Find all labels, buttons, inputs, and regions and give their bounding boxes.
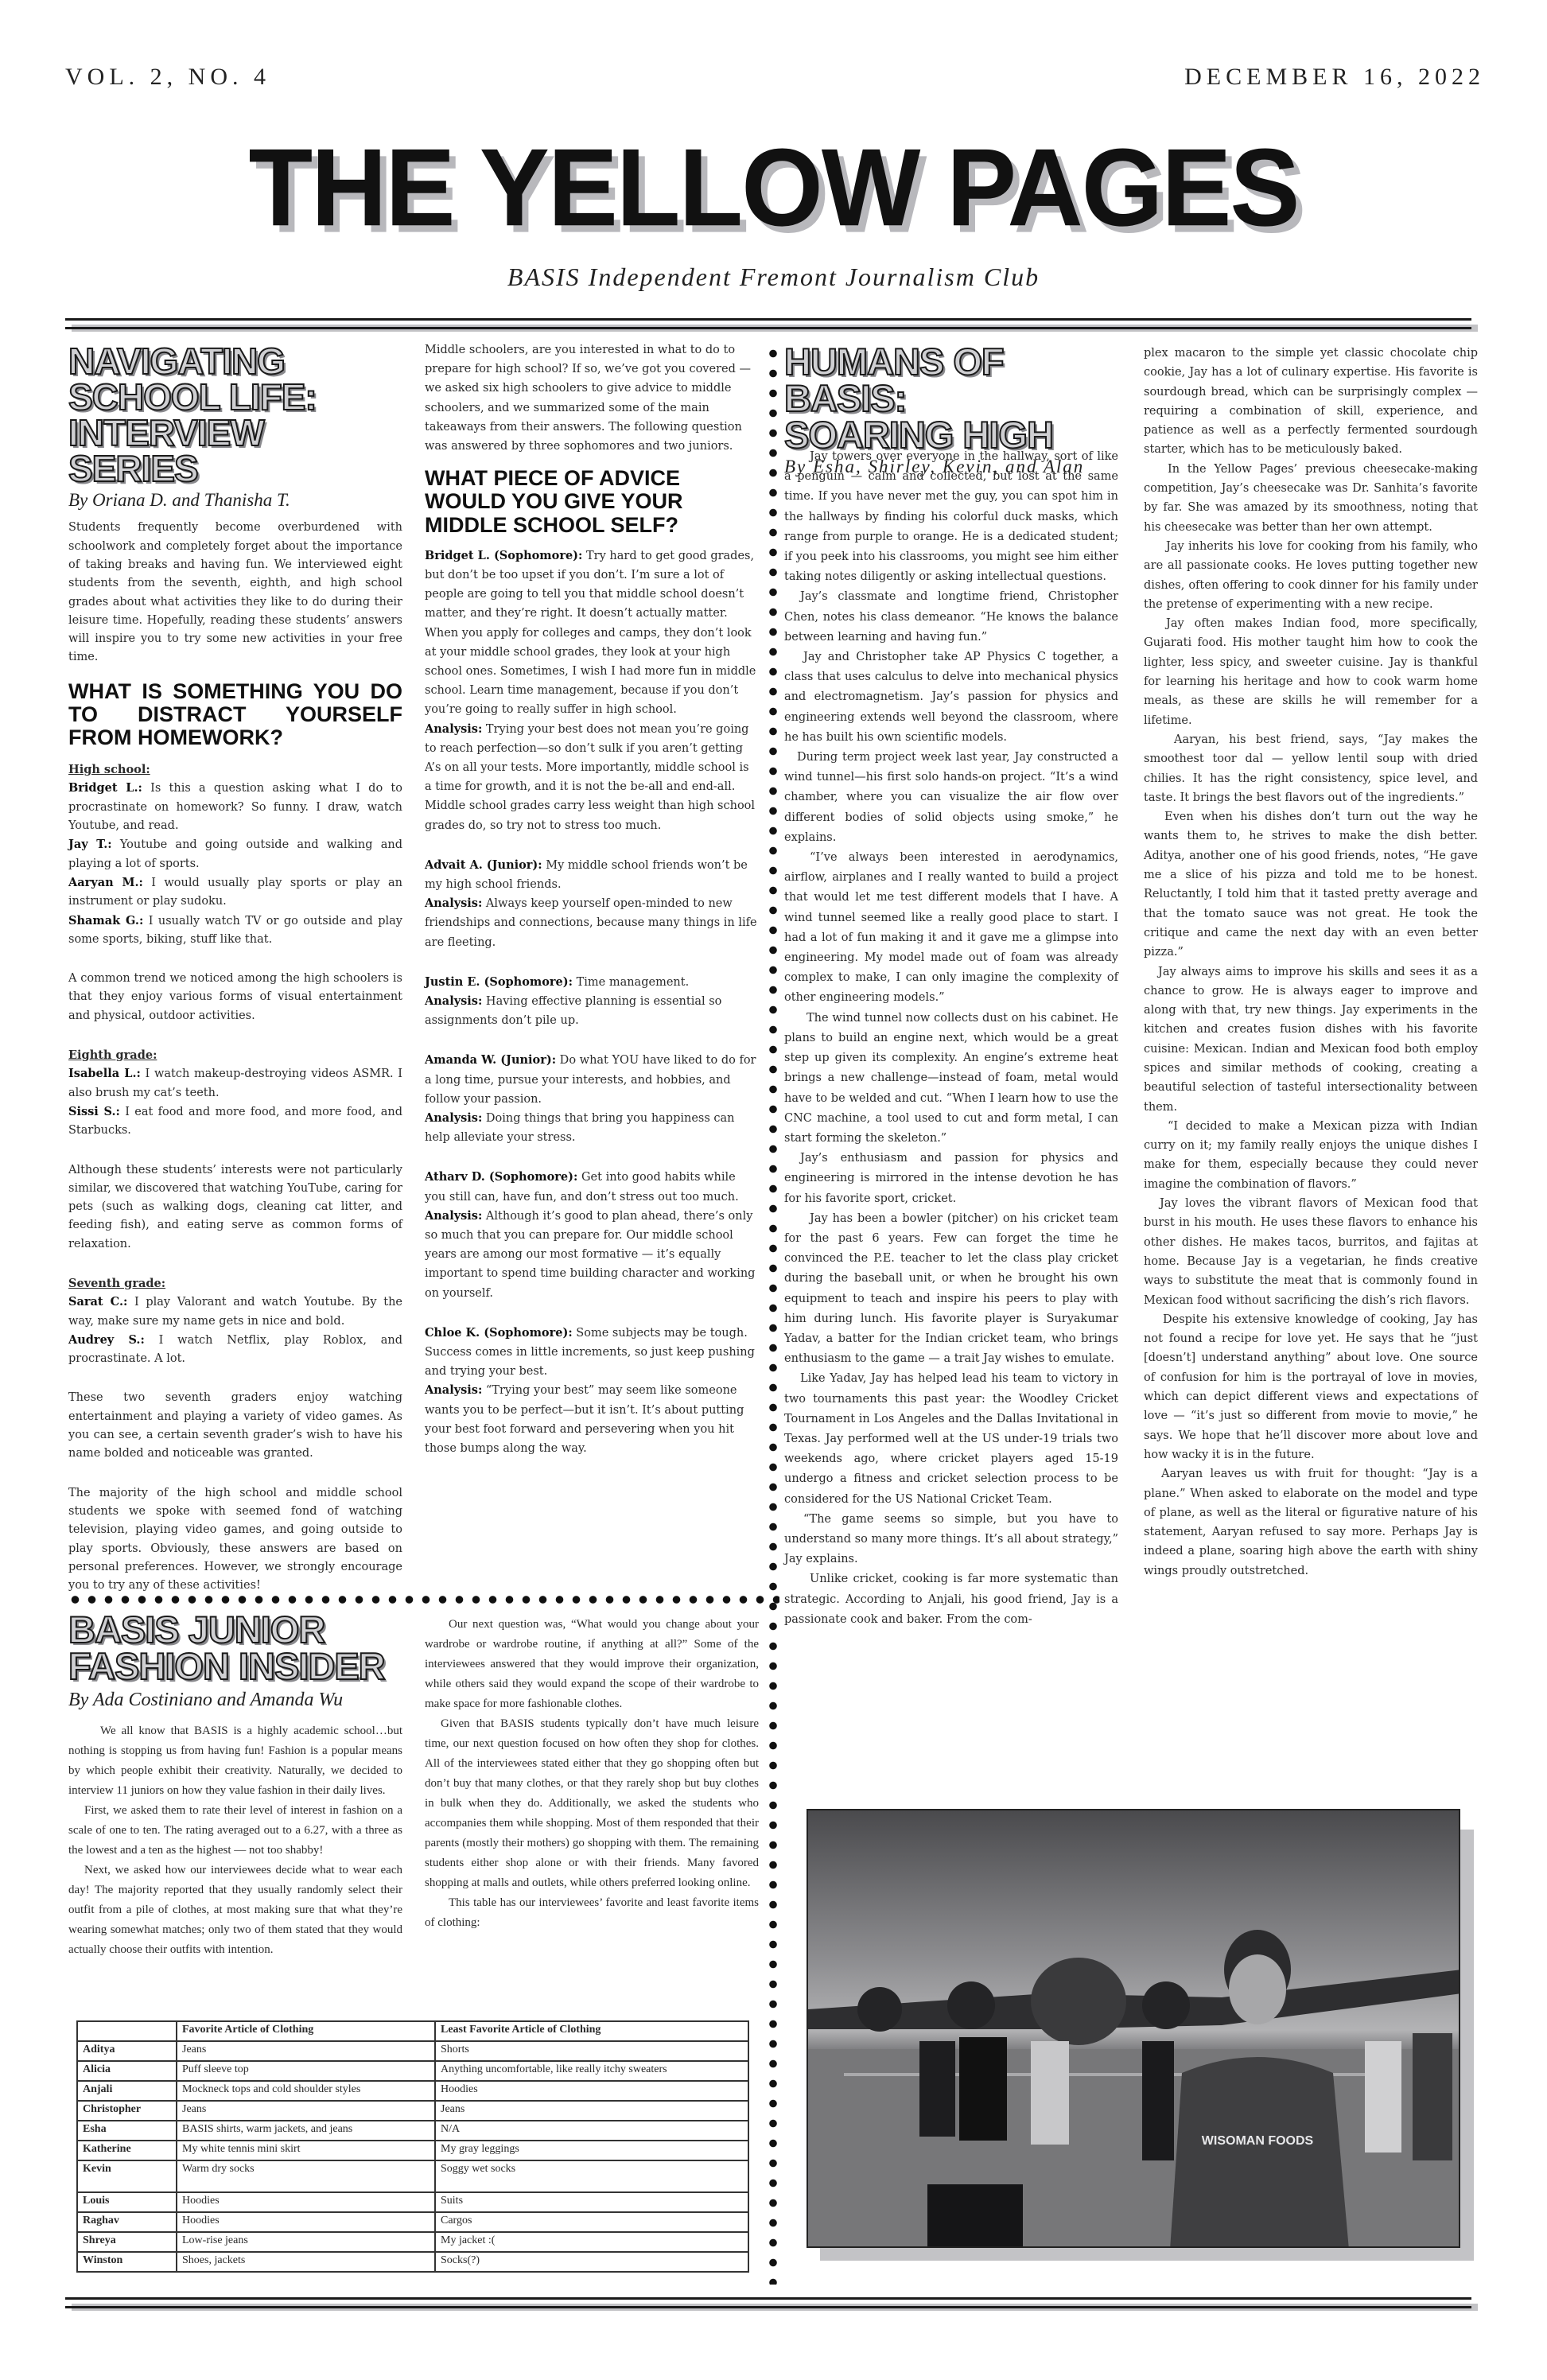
summary: These two seventh graders enjoy watching…: [68, 1389, 402, 1463]
question-heading: WHAT PIECE OF ADVICE WOULD YOU GIVE YOUR…: [425, 467, 759, 536]
student-name: Christopher: [77, 2101, 177, 2121]
fashion-body-right: Our next question was, “What would you c…: [425, 1615, 759, 1933]
advice-entry: Amanda W. (Junior): Do what YOU have lik…: [425, 1051, 759, 1109]
headline-line: NAVIGATING: [68, 344, 402, 379]
question-heading: WHAT IS SOMETHING YOU DO TO DISTRACT YOU…: [68, 680, 402, 749]
paragraph: Our next question was, “What would you c…: [425, 1615, 759, 1714]
paragraph: Jay towers over everyone in the hallway,…: [784, 447, 1118, 587]
paragraph: Like Yadav, Jay has helped lead his team…: [784, 1369, 1118, 1509]
least-favorite-item: Shorts: [435, 2041, 748, 2061]
issue-date: DECEMBER 16, 2022: [1184, 64, 1485, 91]
bottom-rule: [65, 2297, 1471, 2300]
dotted-divider-horizontal: [67, 1595, 779, 1604]
answer-text: Youtube and going outside and walking an…: [68, 838, 402, 869]
analysis-text: Trying your best does not mean you’re go…: [425, 723, 755, 832]
analysis: Analysis: Doing things that bring you ha…: [425, 1109, 759, 1147]
speaker-name: Atharv D. (Sophomore):: [425, 1170, 577, 1184]
jay-airshow-photo: WISOMAN FOODS: [807, 1809, 1460, 2248]
headline-line: SCHOOL LIFE:: [68, 379, 402, 415]
answer: Jay T.: Youtube and going outside and wa…: [68, 835, 402, 873]
answer: Sissi S.: I eat food and more food, and …: [68, 1102, 402, 1141]
analysis: Analysis: Having effective planning is e…: [425, 992, 759, 1030]
least-favorite-item: Cargos: [435, 2212, 748, 2232]
table-header-row: Favorite Article of Clothing Least Favor…: [77, 2021, 748, 2041]
paragraph: This table has our interviewees’ favorit…: [425, 1893, 759, 1933]
summary: Although these students’ interests were …: [68, 1161, 402, 1254]
paragraph: “The game seems so simple, but you have …: [784, 1510, 1118, 1570]
table-row: AnjaliMockneck tops and cold shoulder st…: [77, 2081, 748, 2101]
student-name: Anjali: [77, 2081, 177, 2101]
speaker-name: Sissi S.:: [68, 1105, 120, 1118]
summary: A common trend we noticed among the high…: [68, 970, 402, 1025]
article-junior-fashion-insider: BASIS JUNIOR FASHION INSIDER By Ada Cost…: [68, 1612, 760, 1711]
newspaper-title: THE YELLOW PAGES: [0, 124, 1547, 251]
headline-line: HUMANS OF BASIS:: [784, 344, 1118, 417]
paragraph: During term project week last year, Jay …: [784, 748, 1118, 848]
table-row: ShreyaLow-rise jeansMy jacket :(: [77, 2232, 748, 2252]
favorite-item: Mockneck tops and cold shoulder styles: [177, 2081, 435, 2101]
top-rule: [65, 318, 1471, 321]
paragraph: We all know that BASIS is a highly acade…: [68, 1721, 402, 1801]
answer: Isabella L.: I watch makeup-destroying v…: [68, 1064, 402, 1102]
analysis: Analysis: “Trying your best” may seem li…: [425, 1381, 759, 1458]
student-name: Shreya: [77, 2232, 177, 2252]
paragraph: Aaryan leaves us with fruit for thought:…: [1144, 1464, 1478, 1581]
least-favorite-item: My gray leggings: [435, 2141, 748, 2160]
table-header: Favorite Article of Clothing: [177, 2021, 435, 2041]
table-row: EshaBASIS shirts, warm jackets, and jean…: [77, 2121, 748, 2141]
answer: Aaryan M.: I would usually play sports o…: [68, 873, 402, 912]
table-row: KevinWarm dry socksSoggy wet socks: [77, 2160, 748, 2192]
least-favorite-item: Suits: [435, 2192, 748, 2212]
analysis-label: Analysis:: [425, 722, 482, 736]
analysis-label: Analysis:: [425, 1383, 482, 1397]
section-label-eighth-grade: Eighth grade:: [68, 1046, 402, 1064]
favorite-item: Hoodies: [177, 2192, 435, 2212]
table-row: LouisHoodiesSuits: [77, 2192, 748, 2212]
answer-text: Try hard to get good grades, but don’t b…: [425, 550, 756, 717]
paragraph: Jay’s classmate and longtime friend, Chr…: [784, 587, 1118, 647]
student-name: Esha: [77, 2121, 177, 2141]
analysis: Analysis: Although it’s good to plan ahe…: [425, 1207, 759, 1303]
table-row: AdityaJeansShorts: [77, 2041, 748, 2061]
table-header: [77, 2021, 177, 2041]
table-row: KatherineMy white tennis mini skirtMy gr…: [77, 2141, 748, 2160]
analysis-label: Analysis:: [425, 896, 482, 910]
advice-entry: Justin E. (Sophomore): Time management.: [425, 973, 759, 992]
advice-entry: Advait A. (Junior): My middle school fri…: [425, 856, 759, 894]
analysis-label: Analysis:: [425, 1209, 482, 1223]
least-favorite-item: Jeans: [435, 2101, 748, 2121]
headline-line: INTERVIEW SERIES: [68, 415, 402, 487]
analysis-label: Analysis:: [425, 994, 482, 1008]
article-navigating-school-life: NAVIGATING SCHOOL LIFE: INTERVIEW SERIES…: [68, 344, 402, 1595]
article-headline: BASIS JUNIOR FASHION INSIDER: [68, 1612, 402, 1685]
least-favorite-item: My jacket :(: [435, 2232, 748, 2252]
speaker-name: Aaryan M.:: [68, 876, 143, 889]
answer: Audrey S.: I watch Netflix, play Roblox,…: [68, 1331, 402, 1369]
humans-body-col1: Jay towers over everyone in the hallway,…: [784, 447, 1118, 1630]
fashion-body-left: We all know that BASIS is a highly acade…: [68, 1721, 402, 1960]
paragraph: Jay always aims to improve his skills an…: [1144, 962, 1478, 1117]
speaker-name: Isabella L.:: [68, 1067, 141, 1080]
paragraph: Despite his extensive knowledge of cooki…: [1144, 1310, 1478, 1464]
speaker-name: Shamak G.:: [68, 914, 143, 927]
paragraph: “I decided to make a Mexican pizza with …: [1144, 1117, 1478, 1194]
student-name: Katherine: [77, 2141, 177, 2160]
table-header: Least Favorite Article of Clothing: [435, 2021, 748, 2041]
answer: Bridget L.: Is this a question asking wh…: [68, 779, 402, 835]
favorite-item: Low-rise jeans: [177, 2232, 435, 2252]
analysis-text: Although it’s good to plan ahead, there’…: [425, 1210, 755, 1300]
least-favorite-item: Anything uncomfortable, like really itch…: [435, 2061, 748, 2081]
table-row: WinstonShoes, jacketsSocks(?): [77, 2252, 748, 2272]
least-favorite-item: Hoodies: [435, 2081, 748, 2101]
paragraph: Even when his dishes don’t turn out the …: [1144, 807, 1478, 962]
paragraph: The wind tunnel now collects dust on his…: [784, 1009, 1118, 1149]
paragraph: Jay’s enthusiasm and passion for physics…: [784, 1149, 1118, 1209]
table-row: AliciaPuff sleeve topAnything uncomforta…: [77, 2061, 748, 2081]
shirt-text: WISOMAN FOODS: [1202, 2134, 1314, 2148]
table-row: ChristopherJeansJeans: [77, 2101, 748, 2121]
student-name: Winston: [77, 2252, 177, 2272]
favorite-item: Shoes, jackets: [177, 2252, 435, 2272]
intro-paragraph: Students frequently become overburdened …: [68, 519, 402, 667]
paragraph: Jay often makes Indian food, more specif…: [1144, 614, 1478, 730]
clothing-favorites-table: Favorite Article of Clothing Least Favor…: [76, 2020, 749, 2273]
paragraph: In the Yellow Pages’ previous cheesecake…: [1144, 460, 1478, 537]
table-row: RaghavHoodiesCargos: [77, 2212, 748, 2232]
conclusion: The majority of the high school and midd…: [68, 1484, 402, 1596]
headline-line: FASHION INSIDER: [68, 1648, 402, 1685]
byline: By Oriana D. and Thanisha T.: [68, 490, 402, 511]
paragraph: Jay inherits his love for cooking from h…: [1144, 537, 1478, 614]
student-name: Alicia: [77, 2061, 177, 2081]
volume-number: VOL. 2, NO. 4: [65, 64, 270, 91]
top-rule-lower: [65, 327, 1471, 329]
humans-body-col2: plex macaron to the simple yet classic c…: [1144, 344, 1478, 1581]
speaker-name: Sarat C.:: [68, 1295, 127, 1309]
dotted-divider-vertical: [768, 344, 778, 2285]
favorite-item: Jeans: [177, 2041, 435, 2061]
analysis-label: Analysis:: [425, 1111, 482, 1125]
student-name: Louis: [77, 2192, 177, 2212]
byline: By Ada Costiniano and Amanda Wu: [68, 1690, 402, 1711]
section-label-seventh-grade: Seventh grade:: [68, 1274, 402, 1293]
speaker-name: Bridget L. (Sophomore):: [425, 549, 582, 562]
speaker-name: Jay T.:: [68, 838, 112, 851]
article-middle-school-advice: Middle schoolers, are you interested in …: [425, 340, 759, 1458]
speaker-name: Audrey S.:: [68, 1333, 145, 1347]
paragraph: Jay loves the vibrant flavors of Mexican…: [1144, 1194, 1478, 1310]
favorite-item: BASIS shirts, warm jackets, and jeans: [177, 2121, 435, 2141]
speaker-name: Justin E. (Sophomore):: [425, 975, 573, 989]
article-body: Middle schoolers, are you interested in …: [425, 340, 759, 1458]
section-label-high-school: High school:: [68, 760, 402, 779]
newspaper-subtitle: BASIS Independent Fremont Journalism Clu…: [0, 262, 1547, 292]
favorite-item: Jeans: [177, 2101, 435, 2121]
article-headline: HUMANS OF BASIS: SOARING HIGH: [784, 344, 1118, 453]
article-body: Students frequently become overburdened …: [68, 519, 402, 1595]
article-humans-of-basis: HUMANS OF BASIS: SOARING HIGH By Esha, S…: [784, 344, 1484, 477]
favorite-item: Puff sleeve top: [177, 2061, 435, 2081]
speaker-name: Bridget L.:: [68, 781, 142, 795]
student-name: Raghav: [77, 2212, 177, 2232]
analysis: Analysis: Always keep yourself open-mind…: [425, 894, 759, 952]
analysis: Analysis: Trying your best does not mean…: [425, 720, 759, 835]
bottom-rule-lower: [65, 2306, 1471, 2308]
answer: Shamak G.: I usually watch TV or go outs…: [68, 912, 402, 950]
speaker-name: Chloe K. (Sophomore):: [425, 1326, 573, 1340]
student-name: Kevin: [77, 2160, 177, 2192]
speaker-name: Amanda W. (Junior):: [425, 1053, 556, 1067]
article-headline: NAVIGATING SCHOOL LIFE: INTERVIEW SERIES: [68, 344, 402, 487]
paragraph: plex macaron to the simple yet classic c…: [1144, 344, 1478, 460]
advice-entry: Bridget L. (Sophomore): Try hard to get …: [425, 546, 759, 720]
paragraph: Given that BASIS students typically don’…: [425, 1714, 759, 1893]
least-favorite-item: Socks(?): [435, 2252, 748, 2272]
favorite-item: Warm dry socks: [177, 2160, 435, 2192]
headline-line: BASIS JUNIOR: [68, 1612, 402, 1648]
paragraph: Aaryan, his best friend, says, “Jay make…: [1144, 730, 1478, 807]
paragraph: Jay and Christopher take AP Physics C to…: [784, 647, 1118, 748]
paragraph: Unlike cricket, cooking is far more syst…: [784, 1569, 1118, 1630]
paragraph: Next, we asked how our interviewees deci…: [68, 1861, 402, 1960]
favorite-item: My white tennis mini skirt: [177, 2141, 435, 2160]
speaker-name: Advait A. (Junior):: [425, 858, 542, 872]
paragraph: First, we asked them to rate their level…: [68, 1801, 402, 1861]
paragraph: “I’ve always been interested in aerodyna…: [784, 848, 1118, 1009]
student-name: Aditya: [77, 2041, 177, 2061]
least-favorite-item: Soggy wet socks: [435, 2160, 748, 2192]
favorite-item: Hoodies: [177, 2212, 435, 2232]
paragraph: Jay has been a bowler (pitcher) on his c…: [784, 1209, 1118, 1370]
intro-paragraph: Middle schoolers, are you interested in …: [425, 340, 759, 456]
advice-entry: Chloe K. (Sophomore): Some subjects may …: [425, 1324, 759, 1382]
advice-entry: Atharv D. (Sophomore): Get into good hab…: [425, 1168, 759, 1206]
least-favorite-item: N/A: [435, 2121, 748, 2141]
answer-text: Time management.: [573, 976, 689, 989]
photo-illustration: WISOMAN FOODS: [808, 1810, 1460, 2248]
answer: Sarat C.: I play Valorant and watch Yout…: [68, 1293, 402, 1331]
